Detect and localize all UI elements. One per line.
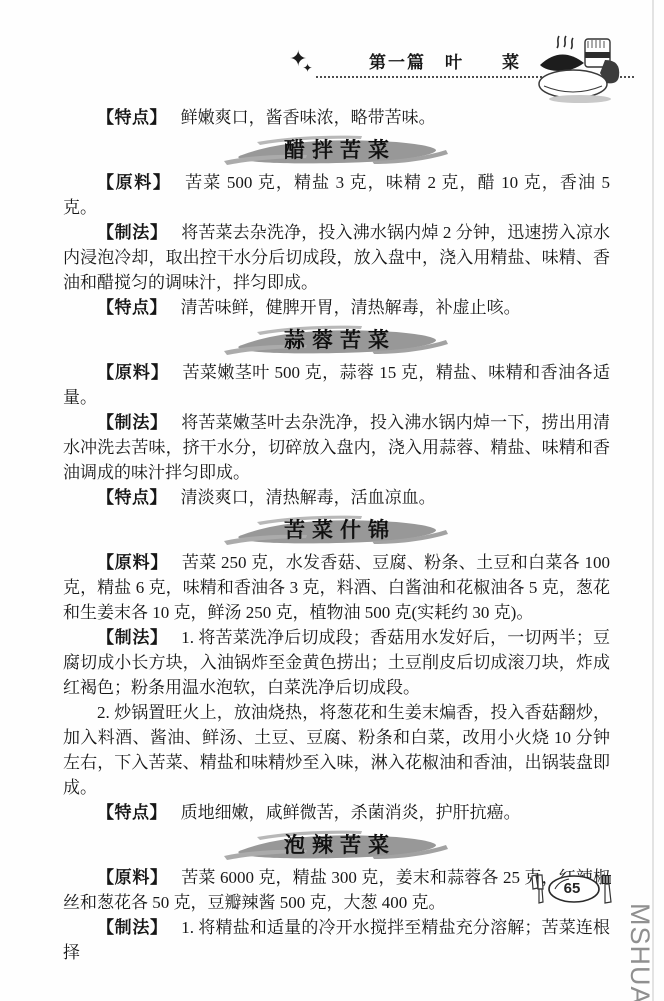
method-label: 【制法】	[97, 918, 168, 937]
recipe-title: 苦菜什锦	[222, 514, 452, 548]
page-header: ✦✦ 第一篇 叶 菜	[0, 0, 664, 105]
recipe-title-text: 蒜蓉苦菜	[277, 328, 396, 352]
ingredients-paragraph: 【原料】苦菜嫩茎叶 500 克，蒜蓉 15 克，精盐、味精和香油各适量。	[63, 360, 610, 410]
carryover-features-paragraph: 【特点】鲜嫩爽口，酱香味浓，略带苦味。	[63, 105, 610, 130]
page-number: 65	[528, 880, 616, 897]
ingredients-paragraph: 【原料】苦菜 250 克，水发香菇、豆腐、粉条、土豆和白菜各 100 克，精盐 …	[63, 550, 610, 625]
method-step-2-text: 2. 炒锅置旺火上，放油烧热，将葱花和生姜末煸香，投入香菇翻炒，加入料酒、酱油、…	[63, 703, 610, 797]
recipe-title: 蒜蓉苦菜	[222, 324, 452, 358]
recipe-title: 泡辣苦菜	[222, 829, 452, 863]
recipe-title: 醋拌苦菜	[222, 134, 452, 168]
page-edge-line	[652, 0, 654, 1001]
chapter-title: 第一篇 叶 菜	[330, 48, 560, 73]
method-label: 【制法】	[97, 223, 168, 242]
features-label: 【特点】	[97, 488, 167, 507]
ingredients-label: 【原料】	[97, 868, 168, 887]
recipe-ku-cai-shi-jin: 苦菜什锦 【原料】苦菜 250 克，水发香菇、豆腐、粉条、土豆和白菜各 100 …	[63, 514, 610, 825]
method-paragraph: 【制法】将苦菜去杂洗净，投入沸水锅内焯 2 分钟，迅速捞入凉水内浸泡冷却，取出控…	[63, 220, 610, 295]
page-content: 【特点】鲜嫩爽口，酱香味浓，略带苦味。 醋拌苦菜 【原料】苦菜 500 克，精盐…	[63, 105, 610, 965]
features-text: 清苦味鲜，健脾开胃，清热解毒，补虚止咳。	[181, 298, 521, 317]
features-label: 【特点】	[97, 298, 167, 317]
recipe-cu-ban-ku-cai: 醋拌苦菜 【原料】苦菜 500 克，精盐 3 克，味精 2 克，醋 10 克，香…	[63, 134, 610, 320]
ingredients-label: 【原料】	[97, 173, 172, 192]
recipe-title-text: 醋拌苦菜	[277, 138, 396, 162]
watermark-text: MSHUA	[625, 903, 655, 995]
features-paragraph: 【特点】清苦味鲜，健脾开胃，清热解毒，补虚止咳。	[63, 295, 610, 320]
method-step-2-paragraph: 2. 炒锅置旺火上，放油烧热，将葱花和生姜末煸香，投入香菇翻炒，加入料酒、酱油、…	[63, 700, 610, 800]
ingredients-label: 【原料】	[97, 363, 169, 382]
sparkle-decoration: ✦✦	[289, 48, 318, 71]
method-step-1-paragraph: 【制法】1. 将苦菜洗净后切成段；香菇用水发好后，一切两半；豆腐切成小长方块，入…	[63, 625, 610, 700]
steaming-food-illustration	[535, 32, 627, 109]
recipe-suan-rong-ku-cai: 蒜蓉苦菜 【原料】苦菜嫩茎叶 500 克，蒜蓉 15 克，精盐、味精和香油各适量…	[63, 324, 610, 510]
method-paragraph: 【制法】将苦菜嫩茎叶去杂洗净，投入沸水锅内焯一下，捞出用清水冲洗去苦味，挤干水分…	[63, 410, 610, 485]
features-label: 【特点】	[97, 108, 167, 127]
method-label: 【制法】	[97, 628, 168, 647]
sparkle-icon: ✦	[302, 62, 312, 74]
features-text: 清淡爽口，清热解毒，活血凉血。	[181, 488, 436, 507]
method-label: 【制法】	[97, 413, 168, 432]
features-text: 质地细嫩，咸鲜微苦，杀菌消炎，护肝抗癌。	[181, 803, 521, 822]
page-number-ornament: 65	[528, 872, 616, 906]
method-paragraph: 【制法】1. 将精盐和适量的冷开水搅拌至精盐充分溶解；苦菜连根择	[63, 915, 610, 965]
recipe-title-text: 泡辣苦菜	[277, 833, 396, 857]
recipe-title-text: 苦菜什锦	[277, 518, 396, 542]
features-paragraph: 【特点】质地细嫩，咸鲜微苦，杀菌消炎，护肝抗癌。	[63, 800, 610, 825]
ingredients-paragraph: 【原料】苦菜 500 克，精盐 3 克，味精 2 克，醋 10 克，香油 5 克…	[63, 170, 610, 220]
features-label: 【特点】	[97, 803, 167, 822]
features-text: 鲜嫩爽口，酱香味浓，略带苦味。	[181, 108, 436, 127]
ingredients-label: 【原料】	[97, 553, 168, 572]
features-paragraph: 【特点】清淡爽口，清热解毒，活血凉血。	[63, 485, 610, 510]
steaming-dish-icon	[535, 32, 627, 104]
